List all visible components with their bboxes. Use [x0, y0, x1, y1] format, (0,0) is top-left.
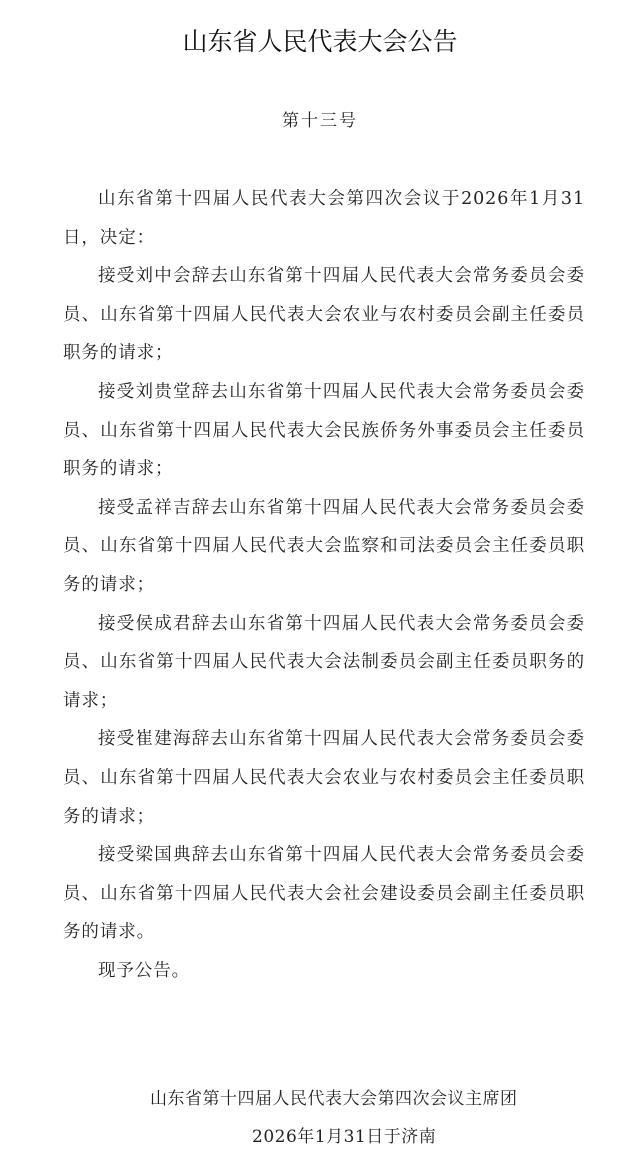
resignation-paragraph: 接受梁国典辞去山东省第十四届人民代表大会常务委员会委员、山东省第十四届人民代表大… [63, 836, 585, 952]
decision-intro-paragraph: 山东省第十四届人民代表大会第四次会议于2026年1月31日，决定： [63, 180, 585, 257]
signature-date-place: 2026年1月31日于济南 [252, 1118, 436, 1156]
resignation-paragraph: 接受崔建海辞去山东省第十四届人民代表大会常务委员会委员、山东省第十四届人民代表大… [63, 720, 585, 836]
resignation-paragraph: 接受刘中会辞去山东省第十四届人民代表大会常务委员会委员、山东省第十四届人民代表大… [63, 257, 585, 373]
announcement-body: 山东省第十四届人民代表大会第四次会议于2026年1月31日，决定： 接受刘中会辞… [63, 180, 585, 990]
resignation-paragraph: 接受刘贵堂辞去山东省第十四届人民代表大会常务委员会委员、山东省第十四届人民代表大… [63, 373, 585, 489]
announcement-number: 第十三号 [0, 106, 640, 131]
resignation-paragraph: 接受孟祥吉辞去山东省第十四届人民代表大会常务委员会委员、山东省第十四届人民代表大… [63, 489, 585, 605]
resignation-paragraph: 接受侯成君辞去山东省第十四届人民代表大会常务委员会委员、山东省第十四届人民代表大… [63, 605, 585, 721]
document-title: 山东省人民代表大会公告 [0, 22, 640, 58]
signature-organization: 山东省第十四届人民代表大会第四次会议主席团 [150, 1080, 518, 1118]
closing-paragraph: 现予公告。 [63, 952, 585, 991]
